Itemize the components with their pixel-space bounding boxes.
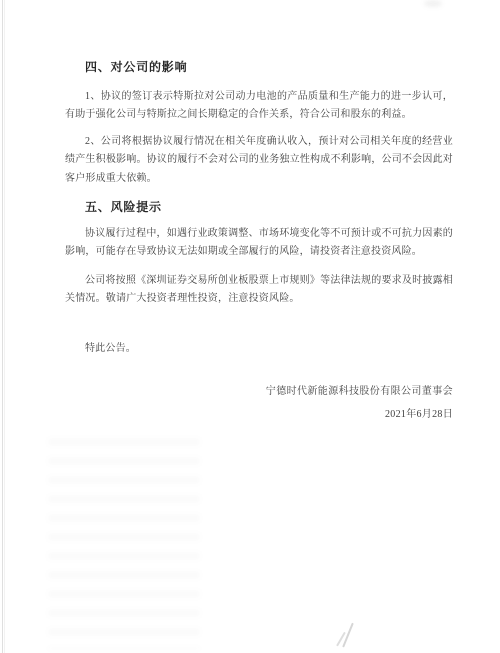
signature-date: 2021年6月28日 — [65, 406, 453, 425]
bleedthrough-artifact — [48, 438, 200, 650]
document-content: 四、对公司的影响 1、协议的签订表示特斯拉对公司动力电池的产品质量和生产能力的进… — [65, 58, 453, 424]
document-page: 四、对公司的影响 1、协议的签订表示特斯拉对公司动力电池的产品质量和生产能力的进… — [0, 0, 500, 653]
paragraph-risk-2: 公司将按照《深圳证券交易所创业板股票上市规则》等法律法规的要求及时披露相关情况。… — [65, 272, 453, 309]
signature-company-board: 宁德时代新能源科技股份有限公司董事会 — [65, 383, 453, 402]
section-heading-risk-notice: 五、风险提示 — [65, 198, 453, 217]
scan-smudge-artifact — [424, 0, 442, 7]
pen-mark-artifact — [334, 618, 360, 652]
paragraph-impact-2: 2、公司将根据协议履行情况在相关年度确认收入，预计对公司相关年度的经营业绩产生积… — [65, 133, 453, 189]
paragraph-risk-1: 协议履行过程中，如遇行业政策调整、市场环境变化等不可预计或不可抗力因素的影响，可… — [65, 225, 453, 262]
scan-edge-line-inner — [4, 0, 5, 653]
paragraph-impact-1: 1、协议的签订表示特斯拉对公司动力电池的产品质量和生产能力的进一步认可，有助于强… — [65, 88, 453, 125]
section-heading-company-impact: 四、对公司的影响 — [65, 58, 453, 77]
closing-statement: 特此公告。 — [65, 340, 453, 359]
scan-edge-line — [2, 0, 3, 653]
